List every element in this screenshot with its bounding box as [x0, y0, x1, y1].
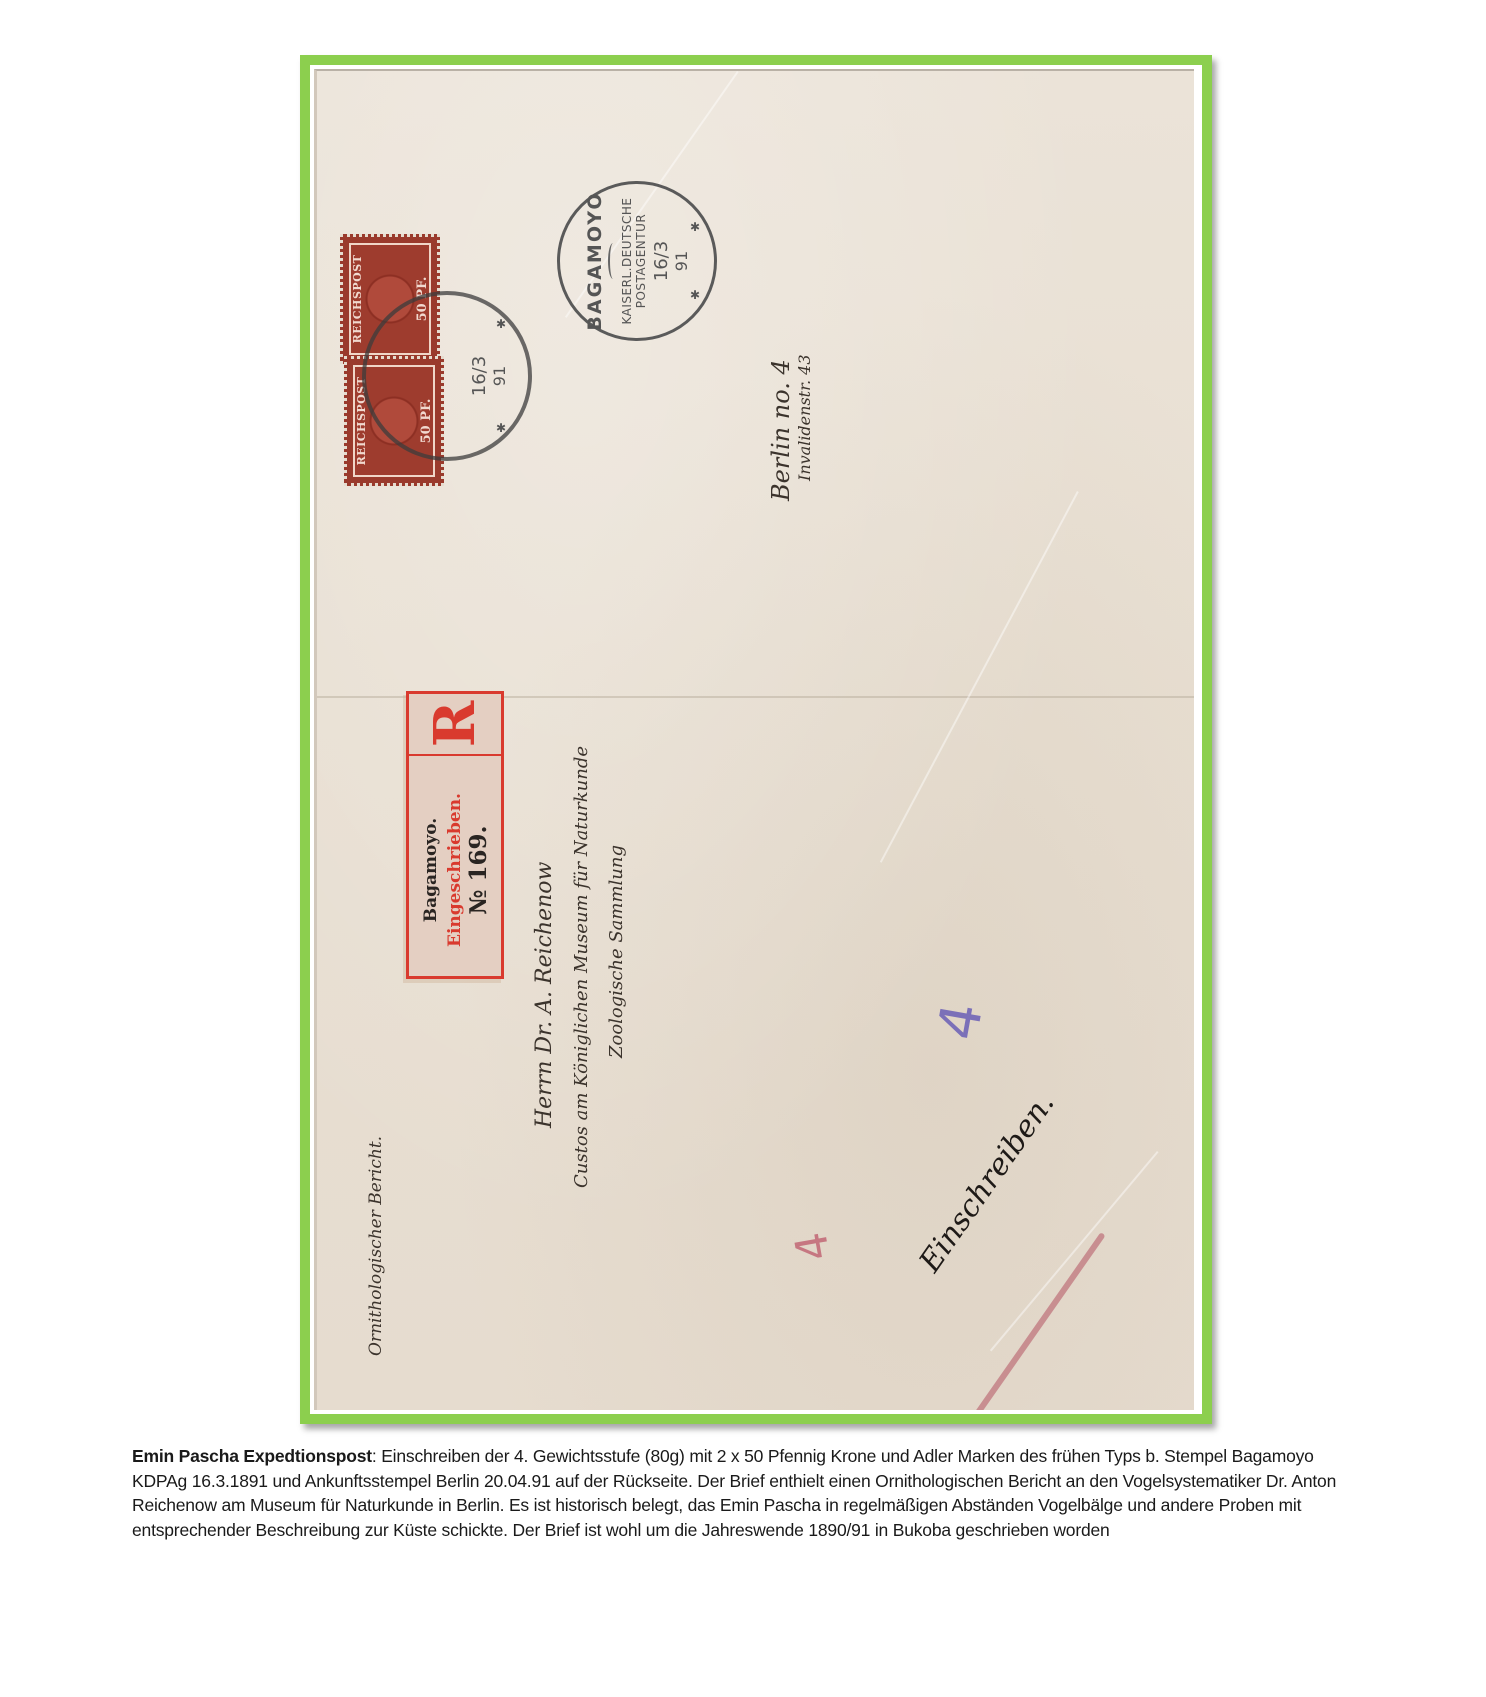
registration-letter: R: [427, 701, 483, 748]
star-icon: ✱: [496, 317, 506, 331]
postmark-year: 91: [672, 251, 691, 271]
destination-address: Berlin no. 4 Invalidenstr. 43: [767, 301, 827, 501]
paper-crease: [990, 1151, 1159, 1351]
address-line1: Herrn Dr. A. Reichenow: [532, 588, 557, 1128]
paper-crease: [880, 491, 1079, 863]
address-line3: Zoologische Sammlung: [606, 588, 627, 1058]
caption: Emin Pascha Expedtionspost: Einschreiben…: [132, 1444, 1372, 1542]
cancel-date: 16/3: [469, 295, 490, 457]
bagamoyo-postmark: BAGAMOYO KAISERL.DEUTSCHE POSTAGENTUR 16…: [557, 181, 717, 341]
registration-r-box: R: [409, 694, 501, 756]
envelope-image: REICHSPOST 50 PF. REICHSPOST 50 PF. 16/3…: [314, 69, 1194, 1410]
recipient-address: Herrn Dr. A. Reichenow Custos am Königli…: [532, 588, 662, 1188]
postmark-line1: KAISERL.DEUTSCHE: [620, 198, 634, 325]
red-underline: [975, 1232, 1106, 1410]
registration-town: Bagamoyo.: [419, 818, 443, 922]
address-street: Invalidenstr. 43: [795, 301, 814, 481]
postmark-line2: POSTAGENTUR: [634, 214, 648, 309]
star-icon: ✱: [496, 421, 506, 435]
purple-weight-mark: 4: [926, 998, 996, 1044]
star-icon: ✱: [690, 220, 700, 234]
star-icon: ✱: [690, 288, 700, 302]
exhibit-frame: REICHSPOST 50 PF. REICHSPOST 50 PF. 16/3…: [300, 55, 1212, 1424]
red-weight-mark: 4: [785, 1228, 840, 1264]
address-city: Berlin no. 4: [767, 301, 795, 501]
contents-note: Ornithologischer Bericht.: [366, 1116, 396, 1356]
registration-number: № 169.: [467, 825, 491, 914]
postmark-town: BAGAMOYO: [584, 191, 606, 330]
registration-label: R Bagamoyo. Eingeschrieben. № 169.: [406, 691, 504, 979]
caption-title: Emin Pascha Expedtionspost: [132, 1446, 372, 1466]
stamp-label: REICHSPOST: [351, 237, 364, 361]
cancel-postmark: 16/3 91 ✱ ✱: [362, 291, 532, 461]
postmark-date: 16/3: [651, 241, 672, 281]
registration-type: Eingeschrieben.: [443, 793, 467, 947]
address-line2: Custos am Königlichen Museum für Naturku…: [571, 588, 592, 1188]
registered-note: Einschreiben.: [913, 1087, 1062, 1279]
postmark-arc: [608, 243, 618, 279]
